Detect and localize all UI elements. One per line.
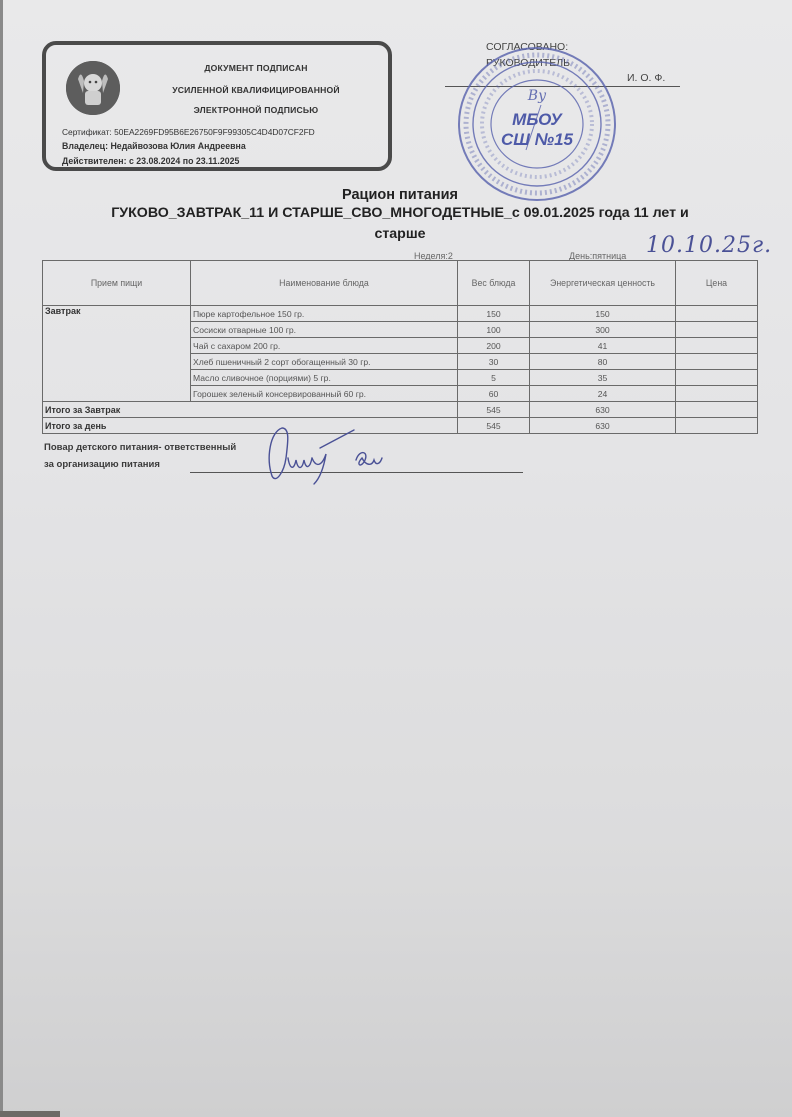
handwritten-signature xyxy=(260,418,410,488)
total-price xyxy=(676,418,758,434)
stamp-line-1: МБОУ xyxy=(512,110,563,129)
esig-owner: Владелец: Недайвозова Юлия Андреевна xyxy=(62,141,246,151)
header-weight: Вес блюда xyxy=(458,261,530,306)
dish-weight: 30 xyxy=(458,354,530,370)
cook-title-line-2: за организацию питания xyxy=(44,459,160,470)
dish-price xyxy=(676,322,758,338)
dish-name: Пюре картофельное 150 гр. xyxy=(191,306,458,322)
school-emblem-icon xyxy=(66,61,120,115)
dish-energy: 300 xyxy=(530,322,676,338)
dish-weight: 60 xyxy=(458,386,530,402)
dish-name: Хлеб пшеничный 2 сорт обогащенный 30 гр. xyxy=(191,354,458,370)
dish-weight: 150 xyxy=(458,306,530,322)
dish-name: Горошек зеленый консервированный 60 гр. xyxy=(191,386,458,402)
dish-weight: 5 xyxy=(458,370,530,386)
esig-validity: Действителен: с 23.08.2024 по 23.11.2025 xyxy=(62,156,239,166)
header-meal: Прием пищи xyxy=(43,261,191,306)
table-header-row: Прием пищи Наименование блюда Вес блюда … xyxy=(43,261,758,306)
total-label: Итого за Завтрак xyxy=(43,402,458,418)
dish-name: Чай с сахаром 200 гр. xyxy=(191,338,458,354)
dish-price xyxy=(676,338,758,354)
electronic-signature-box: ДОКУМЕНТ ПОДПИСАН УСИЛЕННОЙ КВАЛИФИЦИРОВ… xyxy=(42,41,392,171)
esig-heading-2: УСИЛЕННОЙ КВАЛИФИЦИРОВАННОЙ xyxy=(156,85,356,95)
stamp-line-2: СШ №15 xyxy=(501,130,574,149)
total-weight: 545 xyxy=(458,402,530,418)
total-price xyxy=(676,402,758,418)
dish-price xyxy=(676,370,758,386)
page-edge-shadow xyxy=(0,0,3,1117)
table-row: Завтрак Пюре картофельное 150 гр. 150 15… xyxy=(43,306,758,322)
menu-table: Прием пищи Наименование блюда Вес блюда … xyxy=(42,260,758,434)
page-corner-shadow xyxy=(0,1111,60,1117)
esig-heading-1: ДОКУМЕНТ ПОДПИСАН xyxy=(156,63,356,73)
dish-energy: 35 xyxy=(530,370,676,386)
document-title: Рацион питания xyxy=(40,187,760,203)
dish-price xyxy=(676,306,758,322)
approval-name-placeholder: И. О. Ф. xyxy=(627,72,665,84)
total-weight: 545 xyxy=(458,418,530,434)
total-row-breakfast: Итого за Завтрак 545 630 xyxy=(43,402,758,418)
esig-heading-3: ЭЛЕКТРОННОЙ ПОДПИСЬЮ xyxy=(156,105,356,115)
dish-name: Сосиски отварные 100 гр. xyxy=(191,322,458,338)
dish-energy: 41 xyxy=(530,338,676,354)
meal-name: Завтрак xyxy=(43,306,191,402)
dish-name: Масло сливочное (порциями) 5 гр. xyxy=(191,370,458,386)
header-price: Цена xyxy=(676,261,758,306)
document-subtitle-1: ГУКОВО_ЗАВТРАК_11 И СТАРШЕ_СВО_МНОГОДЕТН… xyxy=(40,205,760,221)
dish-energy: 24 xyxy=(530,386,676,402)
header-dish: Наименование блюда xyxy=(191,261,458,306)
esig-certificate: Сертификат: 50EA2269FD95B6E26750F9F99305… xyxy=(62,127,315,137)
total-energy: 630 xyxy=(530,402,676,418)
handwritten-date: 10.10.25г. xyxy=(646,233,772,258)
dish-energy: 80 xyxy=(530,354,676,370)
cook-title-line-1: Повар детского питания- ответственный xyxy=(44,442,236,453)
dish-weight: 100 xyxy=(458,322,530,338)
dish-weight: 200 xyxy=(458,338,530,354)
dish-energy: 150 xyxy=(530,306,676,322)
school-stamp: МБОУ СШ №15 Ву xyxy=(456,45,618,203)
svg-text:Ву: Ву xyxy=(527,88,547,104)
total-energy: 630 xyxy=(530,418,676,434)
dish-price xyxy=(676,354,758,370)
dish-price xyxy=(676,386,758,402)
header-energy: Энергетическая ценность xyxy=(530,261,676,306)
